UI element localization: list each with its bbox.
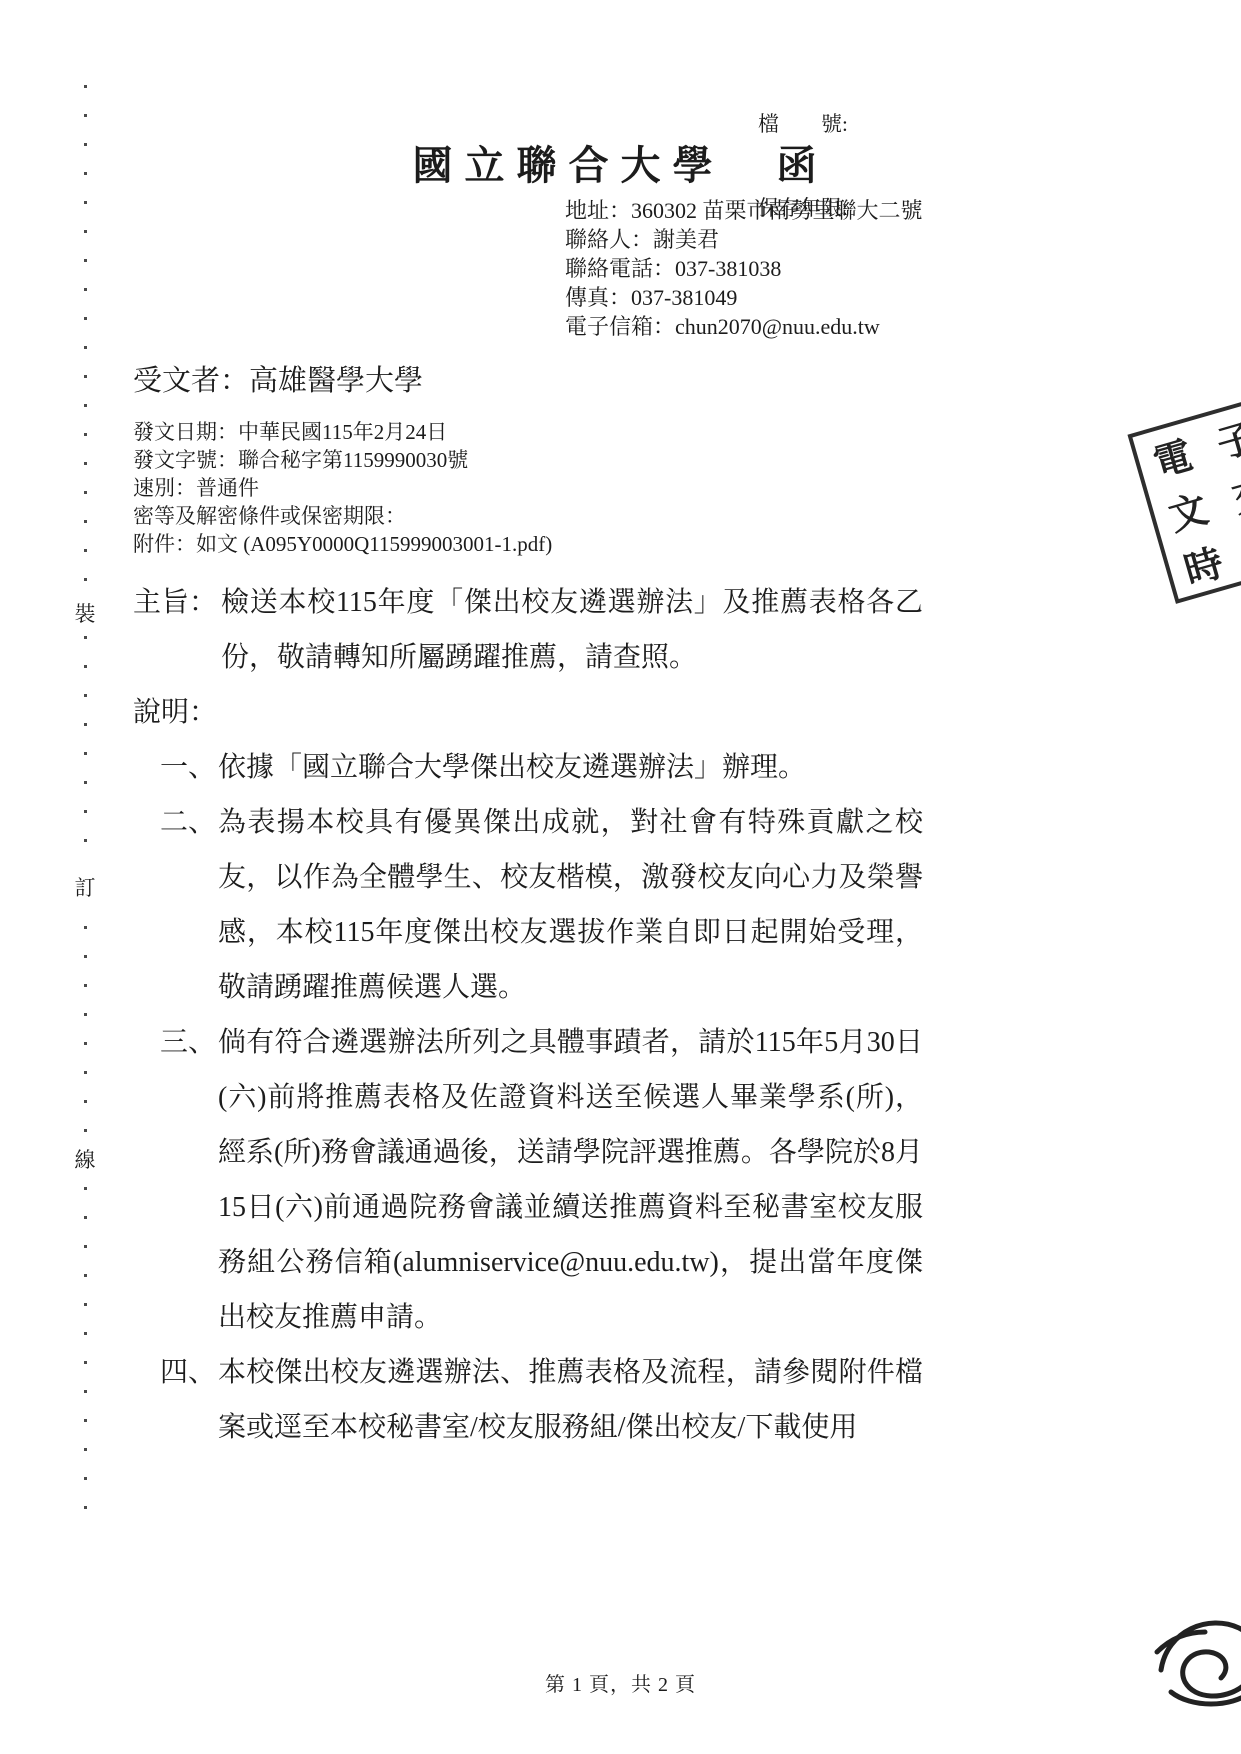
description-item-2: 二、 為表揚本校具有優異傑出成就，對社會有特殊貢獻之校友，以作為全體學生、校友楷… <box>160 795 923 1015</box>
binding-mark-xian: 線 <box>70 1138 100 1180</box>
priority-line: 速別：普通件 <box>133 474 552 502</box>
stamp-char: 文 <box>1161 477 1213 540</box>
binding-mark-ding: 訂 <box>70 866 100 908</box>
stamp-char: 交 <box>1225 459 1241 522</box>
stamp-char: 電 <box>1146 424 1198 487</box>
description-item-4: 四、 本校傑出校友遴選辦法、推薦表格及流程，請參閱附件檔案或逕至本校秘書室/校友… <box>160 1345 923 1455</box>
binding-mark-zhuang: 裝 <box>70 592 100 634</box>
document-meta-block: 發文日期：中華民國115年2月24日 發文字號：聯合秘字第1159990030號… <box>133 418 552 558</box>
page-number-footer: 第 1 頁，共 2 頁 <box>0 1668 1241 1697</box>
sender-address: 地址：360302 苗栗市南勢里聯大二號 <box>565 196 923 225</box>
classification-line: 密等及解密條件或保密期限： <box>133 502 552 530</box>
description-item-1: 一、 依據「國立聯合大學傑出校友遴選辦法」辦理。 <box>160 740 923 795</box>
sender-contact-block: 地址：360302 苗栗市南勢里聯大二號 聯絡人：謝美君 聯絡電話：037-38… <box>565 196 923 341</box>
item-number: 一、 <box>160 740 218 795</box>
letter-body: 主旨： 檢送本校115年度「傑出校友遴選辦法」及推薦表格各乙份，敬請轉知所屬踴躍… <box>133 575 923 1455</box>
item-text: 本校傑出校友遴選辦法、推薦表格及流程，請參閱附件檔案或逕至本校秘書室/校友服務組… <box>218 1345 923 1455</box>
document-title: 國立聯合大學 函 <box>0 134 1241 191</box>
sender-phone: 聯絡電話：037-381038 <box>565 254 923 283</box>
item-number: 四、 <box>160 1345 218 1455</box>
sender-fax: 傳真：037-381049 <box>565 283 923 312</box>
item-text: 依據「國立聯合大學傑出校友遴選辦法」辦理。 <box>218 740 923 795</box>
subject-paragraph: 主旨： 檢送本校115年度「傑出校友遴選辦法」及推薦表格各乙份，敬請轉知所屬踴躍… <box>133 575 923 685</box>
binding-dotted-line <box>84 85 87 1525</box>
recipient-line: 受文者：高雄醫學大學 <box>133 358 423 399</box>
item-text: 為表揚本校具有優異傑出成就，對社會有特殊貢獻之校友，以作為全體學生、校友楷模，激… <box>218 795 923 1015</box>
sender-contact-person: 聯絡人：謝美君 <box>565 225 923 254</box>
reference-number-line: 發文字號：聯合秘字第1159990030號 <box>133 446 552 474</box>
scribble-mark <box>1147 1608 1241 1718</box>
electronic-exchange-stamp: 電 子 文 交 時 間 <box>1127 396 1241 604</box>
subject-label: 主旨： <box>133 575 221 685</box>
subject-text: 檢送本校115年度「傑出校友遴選辦法」及推薦表格各乙份，敬請轉知所屬踴躍推薦，請… <box>221 575 923 685</box>
item-number: 二、 <box>160 795 218 1015</box>
item-number: 三、 <box>160 1015 218 1345</box>
stamp-char: 時 <box>1177 531 1229 594</box>
description-item-3: 三、 倘有符合遴選辦法所列之具體事蹟者，請於115年5月30日(六)前將推薦表格… <box>160 1015 923 1345</box>
sender-email: 電子信箱：chun2070@nuu.edu.tw <box>565 312 923 341</box>
stamp-char: 子 <box>1209 405 1241 468</box>
description-label: 說明： <box>133 685 923 740</box>
attachment-line: 附件：如文 (A095Y0000Q115999003001-1.pdf) <box>133 530 552 558</box>
issue-date-line: 發文日期：中華民國115年2月24日 <box>133 418 552 446</box>
item-text: 倘有符合遴選辦法所列之具體事蹟者，請於115年5月30日(六)前將推薦表格及佐證… <box>218 1015 923 1345</box>
official-letter-page: 檔 號: 保存年限: 國立聯合大學 函 地址：360302 苗栗市南勢里聯大二號… <box>0 0 1241 1754</box>
